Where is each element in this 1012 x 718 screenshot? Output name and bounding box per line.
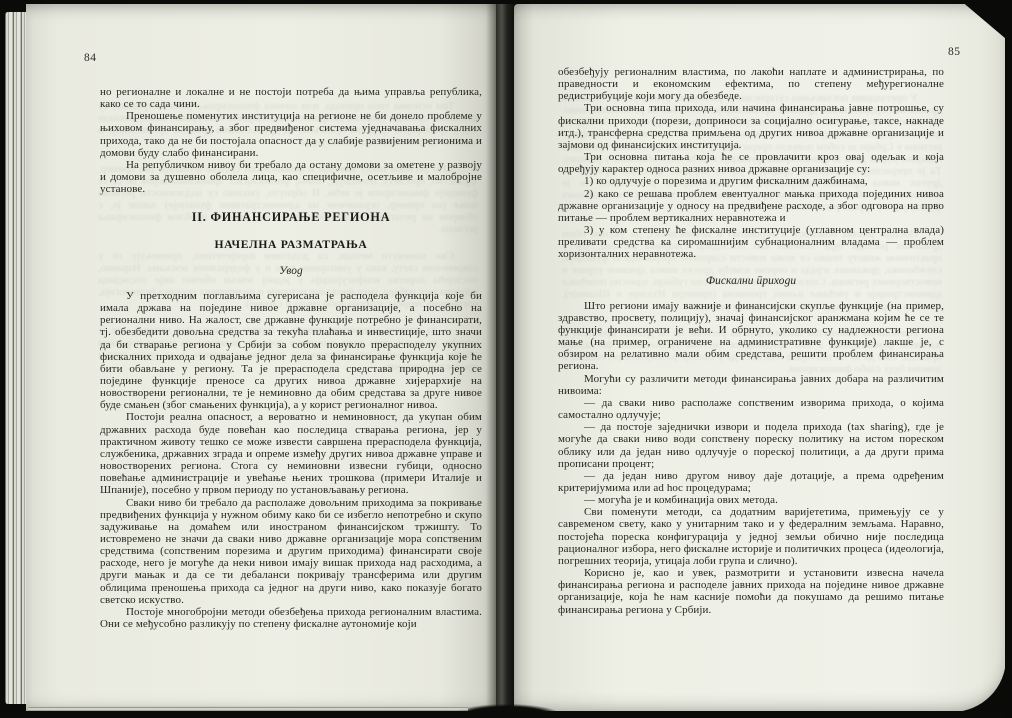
paragraph: Три основна типа прихода, или начина фин… bbox=[558, 102, 944, 151]
left-page: Три основна типа прихода, или начина фин… bbox=[26, 4, 496, 711]
paragraph: Корисно је, као и увек, размотрити и уст… bbox=[558, 567, 944, 616]
paragraph: Постоји реална опасност, а вероватно и н… bbox=[100, 411, 482, 496]
gutter-shadow bbox=[486, 4, 516, 713]
page-number-right: 85 bbox=[948, 46, 961, 58]
paragraph: Могући су различити методи финансирања ј… bbox=[558, 373, 944, 397]
fiscal-revenues-heading: Фискални приходи bbox=[558, 275, 944, 287]
numbered-item: 2) како се решава проблем евентуалног ма… bbox=[558, 188, 944, 224]
chapter-heading: II. ФИНАНСИРАЊЕ РЕГИОНА bbox=[100, 211, 482, 223]
paragraph: На републичком нивоу би требало да остан… bbox=[100, 159, 482, 195]
paragraph: Преношење поменутих институција на регио… bbox=[100, 110, 482, 159]
dash-item: — да сваки ниво располаже сопственим изв… bbox=[558, 397, 944, 421]
paragraph: Постоје многобројни методи обезбеђења пр… bbox=[100, 606, 482, 630]
paragraph: Сви поменути методи, са додатним варијет… bbox=[558, 506, 944, 567]
paragraph: Сваки ниво би требало да располаже довољ… bbox=[100, 497, 482, 606]
photo-corner-top-right bbox=[960, 0, 1012, 44]
page-edge-stack-left bbox=[5, 12, 27, 704]
dash-item: — могућа је и комбинација ових метода. bbox=[558, 494, 944, 506]
numbered-item: 1) ко одлучује о порезима и другим фиска… bbox=[558, 175, 944, 187]
photo-edge-right bbox=[1005, 0, 1012, 718]
right-page-text: обезбеђују регионалним властима, по лако… bbox=[558, 66, 944, 616]
numbered-item: 3) у ком степену ће фискалне институције… bbox=[558, 224, 944, 260]
photo-edge-bottom bbox=[0, 711, 1012, 718]
subsection-heading: Увод bbox=[100, 265, 482, 277]
section-heading: НАЧЕЛНА РАЗМАТРАЊА bbox=[100, 239, 482, 251]
left-page-text: но регионалне и локалне и не постоји пот… bbox=[100, 86, 482, 630]
paragraph: У претходним поглављима сугерисана је ра… bbox=[100, 290, 482, 412]
dash-item: — да један ниво другом нивоу даје дотаци… bbox=[558, 470, 944, 494]
right-page: У претходним поглављима сугерисана је ра… bbox=[514, 4, 1006, 712]
page-number-left: 84 bbox=[84, 52, 97, 64]
dash-item: — да постоје заједнички извори и подела … bbox=[558, 421, 944, 470]
paragraph: Три основна питања која ће се провлачити… bbox=[558, 151, 944, 175]
paragraph: Што региони имају важније и финансијски … bbox=[558, 300, 944, 373]
book-spread: Три основна типа прихода, или начина фин… bbox=[0, 0, 1012, 718]
paragraph: обезбеђују регионалним властима, по лако… bbox=[558, 66, 944, 102]
paragraph: но регионалне и локалне и не постоји пот… bbox=[100, 86, 482, 110]
